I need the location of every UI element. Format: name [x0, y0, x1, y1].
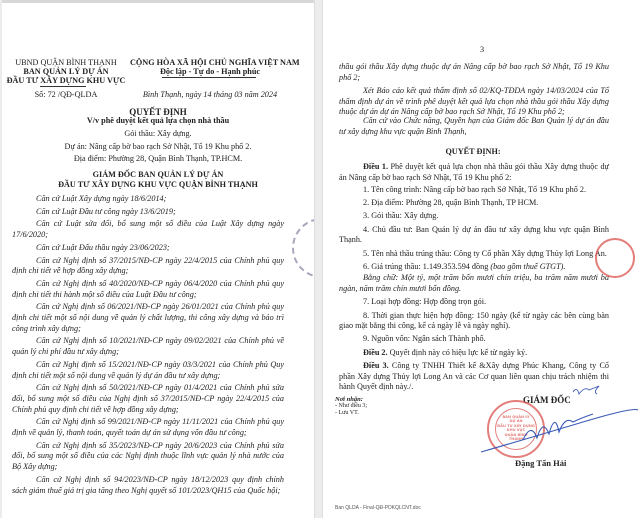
price-label: 6. Giá trúng thầu: 1.149.353.594 đồng	[363, 262, 490, 271]
legal-basis: Căn cứ Nghị định số 35/2023/NĐ-CP ngày 2…	[12, 441, 284, 473]
list-item: 7. Loại hợp đồng: Hợp đồng trọn gói.	[339, 297, 609, 308]
file-footer: Ban QLDA - Final-QĐ-PDKQLCNT.doc	[335, 505, 421, 511]
legal-basis: Căn cứ Nghị định số 15/2021/NĐ-CP ngày 0…	[12, 360, 284, 381]
legal-basis: Căn cứ Luật sửa đổi, bổ sung một số điều…	[12, 219, 284, 240]
list-item: 4. Chủ đầu tư: Ban Quản lý dự án đầu tư …	[339, 225, 609, 246]
article-3-label: Điều 3.	[363, 361, 389, 370]
list-item: 8. Thời gian thực hiện hợp đồng: 150 ngà…	[339, 311, 609, 332]
seal-small	[595, 238, 635, 278]
decision-subject: V/v phê duyệt kết quả lựa chọn nhà thầu	[2, 116, 314, 126]
legal-basis: Căn cứ Nghị định số 94/2023/NĐ-CP ngày 1…	[12, 475, 284, 496]
article-1: Điều 1. Phê duyệt kết quả lựa chọn nhà t…	[339, 162, 609, 183]
article-2: Điều 2. Quyết định này có hiệu lực kể từ…	[339, 348, 609, 359]
price-in-words: Bằng chữ: Một tỷ, một trăm bốn mươi chín…	[339, 273, 609, 294]
page-number: 3	[323, 45, 640, 55]
legal-basis: Căn cứ Nghị định số 99/2021/NĐ-CP ngày 1…	[12, 417, 284, 438]
seal-partial	[292, 218, 315, 278]
article-2-text: Quyết định này có hiệu lực kể từ ngày ký…	[388, 348, 528, 357]
article-1-items: 1. Tên công trình: Nâng cấp bờ bao rạch …	[339, 185, 609, 393]
motto-underline	[162, 77, 256, 78]
legal-basis: Căn cứ Nghị định số 50/2021/NĐ-CP ngày 0…	[12, 383, 284, 415]
legal-basis: Căn cứ Nghị định số 06/2021/NĐ-CP ngày 2…	[12, 302, 284, 334]
article-1-label: Điều 1.	[363, 162, 388, 171]
issuer-underline	[40, 86, 86, 87]
decision-heading: QUYẾT ĐỊNH:	[323, 147, 623, 157]
list-item: 9. Nguồn vốn: Ngân sách Thành phố.	[339, 334, 609, 345]
authority-line-1: GIÁM ĐỐC BAN QUẢN LÝ DỰ ÁN	[2, 170, 314, 180]
legal-basis: Căn cứ Nghị định số 40/2020/NĐ-CP ngày 0…	[12, 279, 284, 300]
document-date: Bình Thạnh, ngày 14 tháng 03 năm 2024	[130, 90, 290, 100]
authority-line-2: ĐẦU TƯ XÂY DỰNG KHU VỰC QUẬN BÌNH THẠNH	[2, 180, 314, 190]
continuation-text: thầu gói thầu Xây dựng thuộc dự án Nâng …	[339, 62, 609, 83]
legal-basis: Căn cứ Nghị định số 10/2021/NĐ-CP ngày 0…	[12, 336, 284, 357]
price-item: 6. Giá trúng thầu: 1.149.353.594 đồng (b…	[339, 262, 609, 273]
document-page-right: 3 thầu gói thầu Xây dựng thuộc dự án Nân…	[322, 0, 640, 518]
article-2-label: Điều 2.	[363, 348, 388, 357]
list-item: 5. Tên nhà thầu trúng thầu: Công ty Cổ p…	[339, 249, 609, 260]
list-item: 3. Gói thầu: Xây dựng.	[339, 211, 609, 222]
review-text: Xét Báo cáo kết quả thẩm định số 02/KQ-T…	[339, 86, 609, 118]
legal-basis: Căn cứ Luật Xây dựng ngày 18/6/2014;	[12, 194, 284, 205]
recipient-item: - Như điều 3;	[335, 403, 367, 410]
recipient-item: - Lưu VT.	[335, 410, 359, 417]
page-top-edge	[2, 0, 314, 3]
list-item: 1. Tên công trình: Nâng cấp bờ bao rạch …	[339, 185, 609, 196]
project-line: Dự án: Nâng cấp bờ bao rạch Sở Nhật, Tổ …	[2, 142, 314, 152]
issuer-board-2: ĐẦU TƯ XÂY DỰNG KHU VỰC	[6, 76, 126, 86]
function-basis: Căn cứ vào Chức năng, Quyền hạn của Giám…	[339, 116, 609, 137]
legal-basis: Căn cứ Nghị định số 37/2015/NĐ-CP ngày 2…	[12, 256, 284, 277]
legal-basis: Căn cứ Luật Đấu thầu ngày 23/06/2023;	[12, 243, 284, 254]
national-motto: Độc lập - Tự do - Hạnh phúc	[130, 67, 290, 77]
document-page-left: UBND QUẬN BÌNH THẠNH BAN QUẢN LÝ DỰ ÁN Đ…	[2, 0, 315, 518]
list-item: 2. Địa điểm: Phường 28, quận Bình Thạnh,…	[339, 198, 609, 209]
price-note: (bao gồm thuế GTGT).	[490, 262, 565, 271]
signer-name: Đặng Tấn Hải	[515, 458, 566, 468]
document-number: Số: 72 /QĐ-QLDA	[6, 90, 126, 100]
package-line: Gói thầu: Xây dựng.	[2, 129, 314, 139]
legal-bases: Căn cứ Luật Xây dựng ngày 18/6/2014; Căn…	[12, 194, 284, 498]
legal-basis: Căn cứ Luật Đầu tư công ngày 13/6/2019;	[12, 207, 284, 218]
location-line: Địa điểm: Phường 28, Quận Bình Thạnh, TP…	[2, 154, 314, 164]
